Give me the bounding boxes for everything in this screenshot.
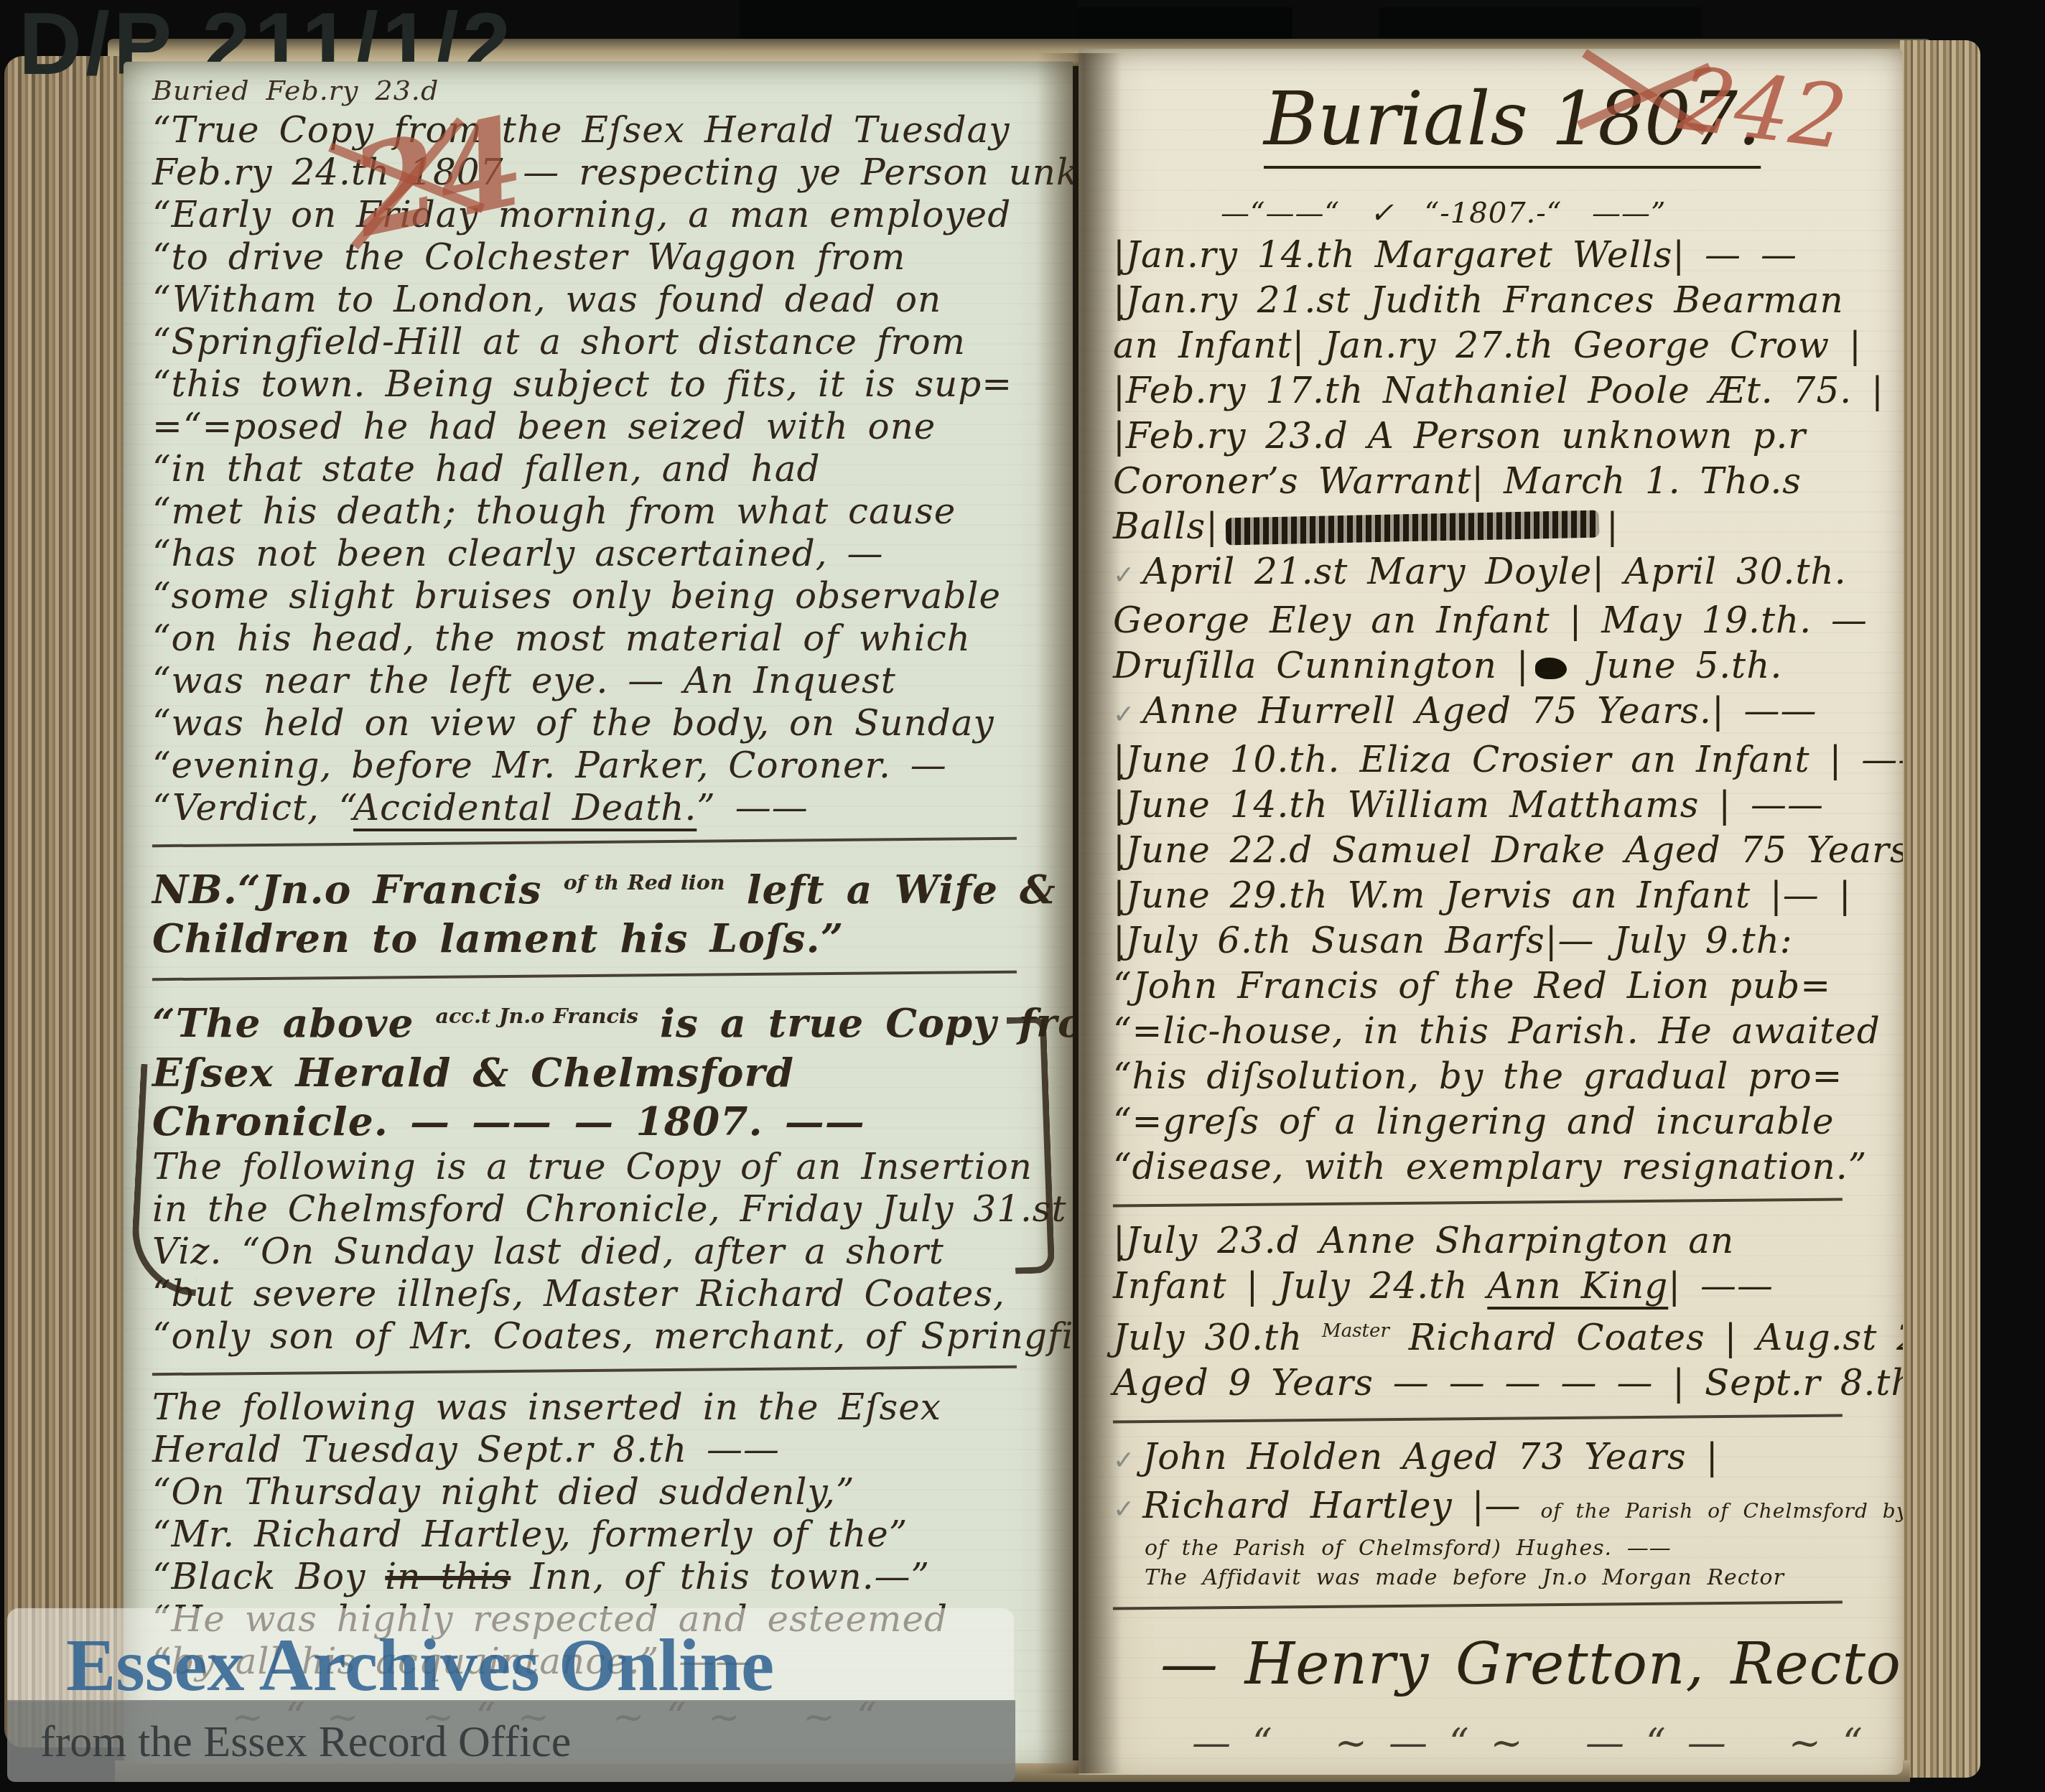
archive-scan-background: D/P 211/1/2 24 Buried Feb.ry 23.d“True C… <box>0 0 2045 1792</box>
watermark-subtitle: from the Essex Record Office <box>40 1717 571 1766</box>
text-line: |July 23.d Anne Sharpington an <box>1113 1218 1893 1264</box>
text-line: ✓April 21.st Mary Doyle| April 30.th. <box>1113 549 1893 598</box>
text-line: |Jan.ry 21.st Judith Frances Bearman <box>1113 278 1893 323</box>
right-page-text: —“——“ ✓ “-1807.-“ ——”|Jan.ry 14.th Marga… <box>1113 194 1893 1765</box>
text-line: “On Thursday night died suddenly,” <box>152 1471 1067 1513</box>
text-line: Eſsex Herald & Chelmsford <box>152 1048 1067 1097</box>
text-line <box>152 837 1017 858</box>
text-line: “this town. Being subject to fits, it is… <box>152 363 1067 406</box>
text-line: “disease, with exemplary resignation.” <box>1113 1144 1893 1190</box>
text-line: Infant | July 24.th Ann King| —— <box>1113 1264 1893 1309</box>
text-line: —“ ~—“~ —“— ~“ —— <box>1113 1707 1893 1765</box>
text-line: — Henry Gretton, Rector. —— <box>1113 1621 1893 1707</box>
text-line: “some slight bruises only being observab… <box>152 575 1067 617</box>
text-line: Druſilla Cunnington | June 5.th. <box>1113 643 1893 689</box>
text-line: “but severe illneſs, Master Richard Coat… <box>152 1273 1067 1315</box>
text-line: “True Copy from the Eſsex Herald Tuesday <box>152 109 1067 151</box>
left-page: 24 Buried Feb.ry 23.d“True Copy from the… <box>124 62 1073 1763</box>
text-line: Chronicle. — —— — 1807. —— <box>152 1097 1067 1146</box>
text-segment: ✓ <box>1113 561 1135 590</box>
text-segment <box>1226 510 1600 546</box>
text-line <box>1113 1414 1843 1433</box>
text-line: “met his death; though from what cause <box>152 490 1067 533</box>
text-line: Aged 9 Years — — — — — | Sept.r 8.th <box>1113 1361 1893 1406</box>
text-line <box>1113 1600 1843 1620</box>
watermark-title: Essex Archives Online <box>66 1628 774 1703</box>
text-line <box>1113 1198 1843 1218</box>
text-segment: of th Red lion <box>564 870 725 895</box>
margin-bracket-left <box>129 1064 208 1296</box>
text-line: “his diſsolution, by the gradual pro= <box>1113 1054 1893 1099</box>
text-segment: of the Parish of Chelmsford by Mary <box>1541 1499 1904 1523</box>
text-segment: in this <box>385 1556 511 1597</box>
text-line: “=greſs of a lingering and incurable <box>1113 1099 1893 1144</box>
text-line <box>152 1365 1017 1386</box>
text-line: =“=posed he had been seized with one <box>152 406 1067 448</box>
text-line: of the Parish of Chelmsford) Hughes. —— <box>1113 1534 1893 1563</box>
text-line: NB.“Jn.o Francis of th Red lion left a W… <box>152 858 1067 914</box>
text-line: Balls|| <box>1113 504 1893 549</box>
text-line: “was held on view of the body, on Sunday <box>152 702 1067 745</box>
text-line: The following is a true Copy of an Inser… <box>152 1146 1067 1188</box>
text-line: |Feb.ry 17.th Nathaniel Poole Æt. 75. | … <box>1113 368 1893 414</box>
text-line: “only son of Mr. Coates, merchant, of Sp… <box>152 1315 1067 1358</box>
text-segment: Accidental Death. <box>353 787 697 829</box>
text-line: |June 14.th William Matthams | —— <box>1113 783 1893 828</box>
book-left-page-edges <box>4 56 126 1747</box>
text-line: an Infant| Jan.ry 27.th George Crow | <box>1113 323 1893 368</box>
text-line: Buried Feb.ry 23.d <box>152 72 1067 109</box>
text-line: “Springfield-Hill at a short distance fr… <box>152 321 1067 363</box>
text-line: “Early on Friday morning, a man employed <box>152 194 1067 236</box>
text-line: |June 22.d Samuel Drake Aged 75 Years.| <box>1113 828 1893 873</box>
text-line: |June 10.th. Eliza Crosier an Infant | —… <box>1113 737 1893 783</box>
text-line: |July 6.th Susan Barfs|— July 9.th: <box>1113 918 1893 963</box>
text-line: The Affidavit was made before Jn.o Morga… <box>1113 1563 1893 1592</box>
right-page: Burials 1807. 242 —“——“ ✓ “-1807.-“ ——”|… <box>1079 49 1903 1775</box>
text-line: “in that state had fallen, and had <box>152 448 1067 490</box>
text-line: Viz. “On Sunday last died, after a short <box>152 1231 1067 1273</box>
text-segment: Master <box>1322 1320 1389 1342</box>
text-line: “The above acc.t Jn.o Francis is a true … <box>152 991 1067 1047</box>
struck-page-number: 24 <box>343 100 534 254</box>
text-line: |June 29.th W.m Jervis an Infant |— | <box>1113 873 1893 918</box>
text-line: “has not been clearly ascertained, — <box>152 533 1067 575</box>
text-line: The following was inserted in the Eſsex <box>152 1386 1067 1429</box>
text-line: “Black Boy in this Inn, of this town.—” <box>152 1556 1067 1598</box>
text-line: |Jan.ry 14.th Margaret Wells| — — <box>1113 233 1893 278</box>
text-line: |Feb.ry 23.d A Person unknown p.r <box>1113 414 1893 459</box>
text-line: “was near the left eye. — An Inquest <box>152 660 1067 702</box>
text-segment: acc.t Jn.o Francis <box>436 1004 638 1028</box>
text-line: “Witham to London, was found dead on <box>152 279 1067 321</box>
page-number: 242 <box>1675 55 1852 162</box>
text-line <box>152 971 1017 991</box>
text-line: —“——“ ✓ “-1807.-“ ——” <box>1113 194 1893 233</box>
book-right-page-edges <box>1900 40 1980 1778</box>
text-line: “evening, before Mr. Parker, Coroner. — <box>152 745 1067 787</box>
right-page-header: Burials 1807. 242 <box>1113 67 1893 194</box>
text-line: “on his head, the most material of which <box>152 617 1067 660</box>
camera-arm-shadow <box>740 0 1077 45</box>
text-line: July 30.th Master Richard Coates | Aug.s… <box>1113 1309 1893 1361</box>
text-line: “to drive the Colchester Waggon from <box>152 236 1067 279</box>
text-segment: ✓ <box>1113 700 1135 729</box>
left-page-text: Buried Feb.ry 23.d“True Copy from the Eſ… <box>152 72 1067 1738</box>
text-line: Herald Tuesday Sept.r 8.th —— <box>152 1429 1067 1471</box>
text-line: Feb.ry 24.th 1807 — respecting ye Person… <box>152 151 1067 194</box>
text-line: ✓John Holden Aged 73 Years | <box>1113 1434 1893 1483</box>
text-line: ✓Anne Hurrell Aged 75 Years.| —— <box>1113 689 1893 737</box>
text-line: “John Francis of the Red Lion pub= <box>1113 963 1893 1009</box>
text-line: George Eley an Infant | May 19.th. — <box>1113 598 1893 643</box>
text-line: “Verdict, “Accidental Death.” —— <box>152 787 1067 829</box>
text-line: ✓Richard Hartley |— of the Parish of Che… <box>1113 1483 1893 1534</box>
text-segment: Ann King <box>1487 1265 1668 1307</box>
text-line: in the Chelmsford Chronicle, Friday July… <box>152 1188 1067 1231</box>
text-line: “=lic-house, in this Parish. He awaited <box>1113 1009 1893 1054</box>
text-line: “Mr. Richard Hartley, formerly of the” <box>152 1513 1067 1556</box>
text-line: Children to lament his Loſs.” <box>152 914 1067 963</box>
text-segment: ✓ <box>1113 1446 1135 1475</box>
text-segment <box>1535 658 1567 679</box>
text-segment: ✓ <box>1113 1495 1135 1524</box>
text-line: Coroner’s Warrant| March 1. Tho.s <box>1113 459 1893 504</box>
